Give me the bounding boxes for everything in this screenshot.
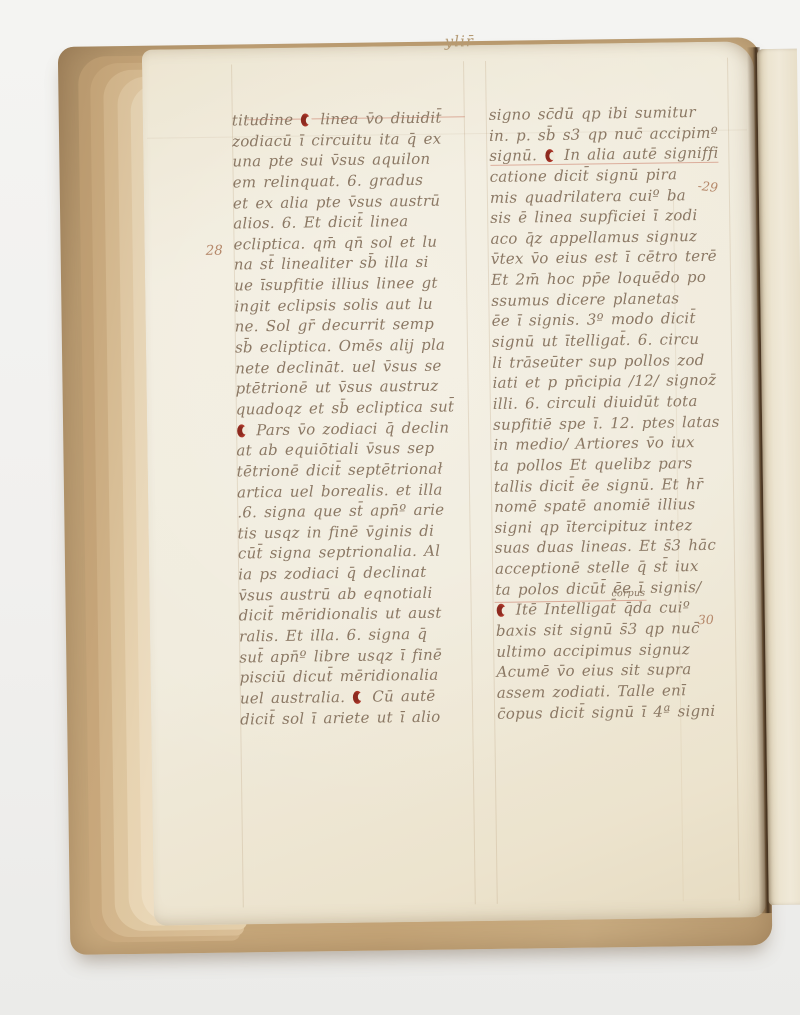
rubric-capitulum-mark [545, 149, 554, 162]
margin-note-28: 28 [206, 243, 223, 259]
manuscript-line: quadoqz et sb̄ ecliptica sut̄ [236, 396, 469, 420]
manuscript-line: Pars v̄o zodiaci q̄ declin [236, 417, 469, 441]
manuscript-line: titudine linea v̄o diuidit̄ [232, 107, 465, 131]
rubric-capitulum-mark [497, 604, 506, 617]
manuscript-line: c̄opus dicit̄ signū ī 4ª signi [497, 700, 737, 724]
photograph-background: ylir̄ titudine linea v̄o diuidit̄zodiacū… [0, 0, 800, 1015]
manuscript-line: .6. signa que st̄ apn̄º arie [237, 499, 470, 523]
manuscript-line: Et 2m̄ hoc pp̄e loquēdo po [491, 267, 731, 291]
manuscript-line: dicit̄ mēridionalis ut aust [239, 603, 472, 627]
manuscript-line: tētrionē dicit̄ septētrionał [237, 458, 470, 482]
manuscript-line: tallis dicit̄ ēe signū. Et hr̄ [494, 473, 734, 497]
manuscript-line: et ex alia pte v̄sus austrū [233, 190, 466, 214]
manuscript-line: signū. In alia autē signiffi [489, 143, 729, 167]
manuscript-line: ue īsupfitie illius linee gt [234, 272, 467, 296]
margin-note-29: -29 [697, 178, 719, 195]
rubric-capitulum-mark [237, 424, 246, 437]
manuscript-book: ylir̄ titudine linea v̄o diuidit̄zodiacū… [0, 0, 800, 1015]
manuscript-line: ecliptica. qm̄ qn̄ sol et lu [233, 231, 466, 255]
manuscript-line: cūt̄ signa septrionalia. Al [238, 541, 471, 565]
manuscript-line: signo sc̄dū qp ibi sumitur [489, 102, 729, 126]
left-text-column: titudine linea v̄o diuidit̄zodiacū ī cir… [232, 107, 474, 729]
rubric-capitulum-mark [301, 113, 310, 126]
manuscript-line: una pte sui v̄sus aquilon [232, 149, 465, 173]
manuscript-line: suas duas lineas. Et s̄3 hāc [495, 535, 735, 559]
rubric-capitulum-mark [353, 691, 362, 704]
manuscript-line: illi. 6. circuli diuidūt tota [493, 391, 733, 415]
manuscript-line: pisciū dicut̄ mēridionalia [239, 665, 472, 689]
right-text-column: signo sc̄dū qp ibi sumiturin. p. sb̄ s3 … [489, 102, 738, 725]
folio-mark: ylir̄ [445, 32, 474, 50]
manuscript-line: signū ut ītelligat̄. 6. circu [492, 329, 732, 353]
manuscript-line: dicit̄ sol ī ariete ut ī alio [240, 706, 473, 730]
margin-note-30: 30 [698, 612, 714, 627]
manuscript-line: supfitiē spe ī. 12. ptes latas [493, 411, 733, 435]
interlinear-note-corpus: corpus [611, 588, 645, 599]
manuscript-line: sb̄ ecliptica. Omēs alij pla [235, 334, 468, 358]
